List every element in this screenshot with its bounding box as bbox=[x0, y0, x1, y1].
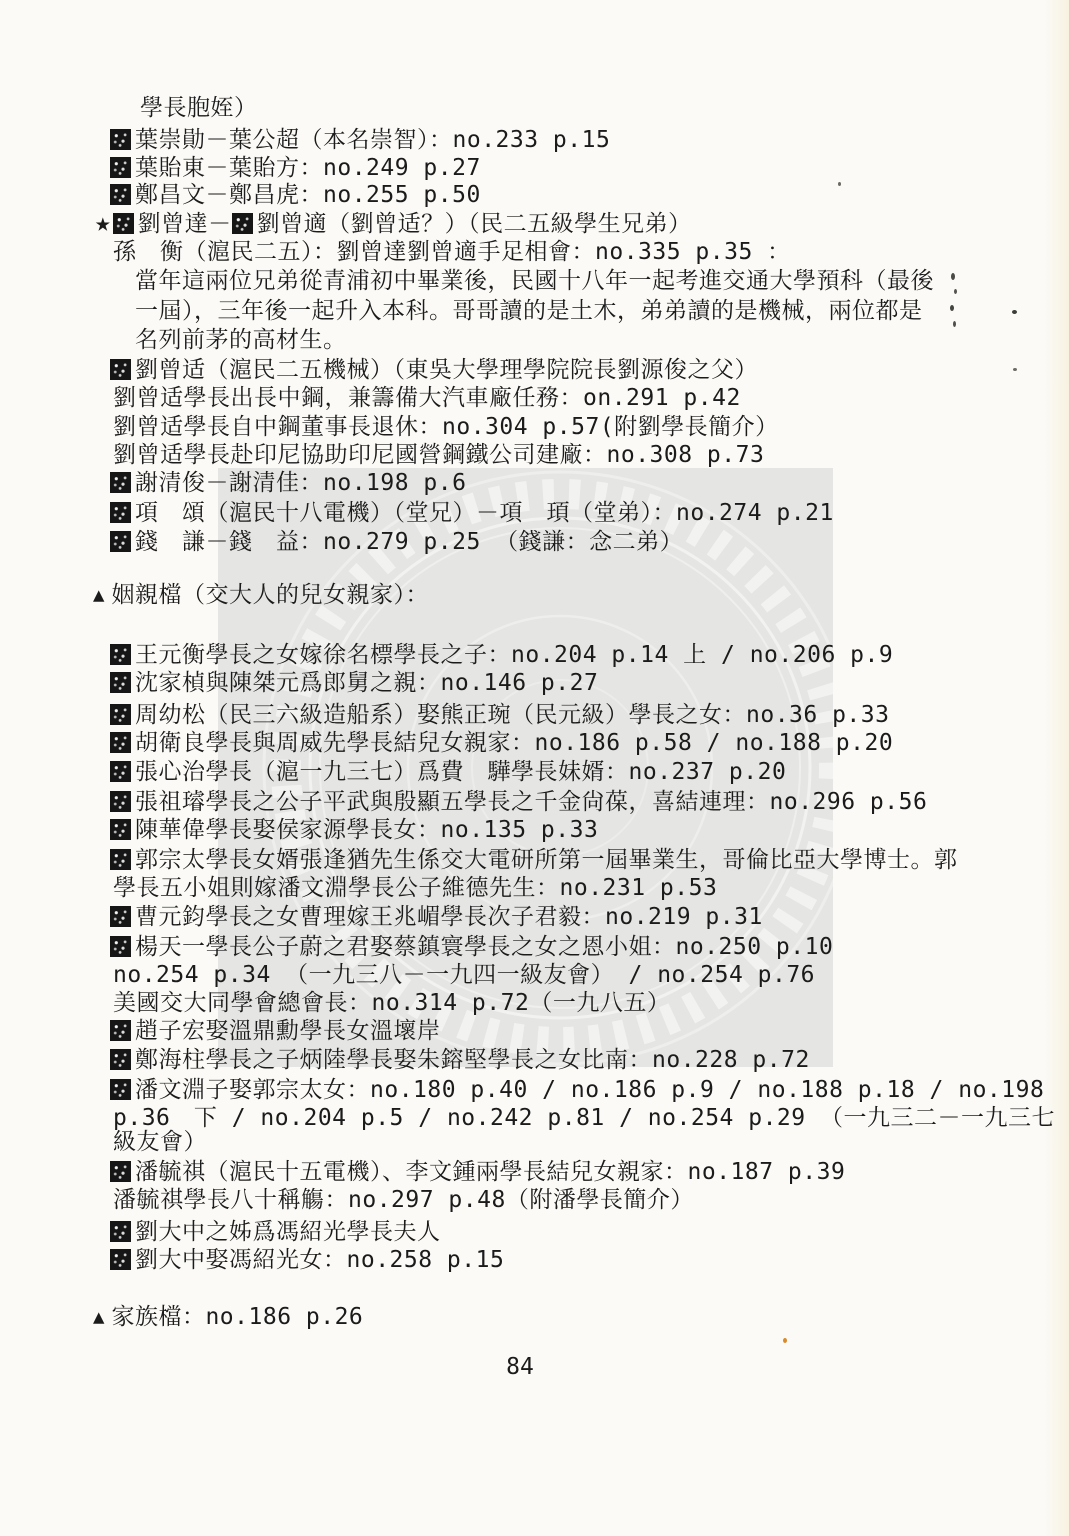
line-text: 項 頌（滬民十八電機）（堂兄）－項 頊（堂弟）：no.274 p.21 bbox=[135, 500, 834, 526]
line-text: 劉曾适（滬民二五機械）（東吳大學理學院院長劉源俊之父） bbox=[135, 357, 758, 383]
line-text: 葉貽東－葉貽方：no.249 p.27 bbox=[135, 155, 481, 181]
triangle-icon: ▲ bbox=[93, 584, 104, 606]
seal-icon bbox=[110, 1049, 131, 1070]
line-text: 鄭昌文－鄭昌虎：no.255 p.50 bbox=[135, 182, 481, 208]
seal-icon bbox=[110, 502, 131, 523]
seal-icon bbox=[110, 672, 131, 693]
line-text: 張祖璿學長之公子平武與殷顯五學長之千金尙葆，喜結連理：no.296 p.56 bbox=[135, 789, 927, 815]
entry-line: 劉曾适學長出長中鋼，兼籌備大汽車廠任務：on.291 p.42 bbox=[113, 384, 741, 413]
line-text: 郭宗太學長女婿張逢猶先生係交大電研所第一屆畢業生，哥倫比亞大學博士。郭 bbox=[135, 847, 958, 873]
line-text: 學長胞姪） bbox=[140, 95, 258, 121]
line-text: 楊天一學長公子蔚之君娶蔡鎮寰學長之女之恩小姐：no.250 p.10 bbox=[135, 934, 833, 960]
line-text: 潘毓祺學長八十稱觴：no.297 p.48（附潘學長簡介） bbox=[113, 1187, 694, 1213]
scan-speck bbox=[951, 273, 955, 280]
entry-line: 鄭海柱學長之子炳陸學長娶朱鎔堅學長之女比南：no.228 p.72 bbox=[110, 1046, 810, 1075]
line-text: 美國交大同學會總會長：no.314 p.72（一九八五） bbox=[113, 990, 670, 1016]
entry-line: 孫 衡（滬民二五）：劉曾達劉曾適手足相會：no.335 p.35 ： bbox=[113, 238, 791, 267]
entry-line: 王元衡學長之女嫁徐名標學長之子：no.204 p.14 上 / no.206 p… bbox=[110, 641, 893, 670]
entry-line: 劉曾适（滬民二五機械）（東吳大學理學院院長劉源俊之父） bbox=[110, 356, 758, 385]
entry-line: 劉曾适學長赴印尼協助印尼國營鋼鐵公司建廠：no.308 p.73 bbox=[113, 441, 764, 470]
document-text-layer: 學長胞姪）葉崇勛－葉公超（本名崇智）：no.233 p.15葉貽東－葉貽方：no… bbox=[0, 0, 1069, 1536]
seal-icon bbox=[110, 704, 131, 725]
line-text: 趙子宏娶溫鼎勳學長女溫壞岸 bbox=[135, 1018, 441, 1044]
line-text: 劉曾适學長自中鋼董事長退休：no.304 p.57(附劉學長簡介） bbox=[113, 414, 779, 440]
entry-line: 劉大中娶馮紹光女：no.258 p.15 bbox=[110, 1246, 504, 1275]
entry-line: 楊天一學長公子蔚之君娶蔡鎮寰學長之女之恩小姐：no.250 p.10 bbox=[110, 933, 833, 962]
entry-line: 劉大中之姊爲馮紹光學長夫人 bbox=[110, 1218, 441, 1247]
line-text: 潘文淵子娶郭宗太女：no.180 p.40 / no.186 p.9 / no.… bbox=[135, 1077, 1044, 1103]
entry-line: 葉崇勛－葉公超（本名崇智）：no.233 p.15 bbox=[110, 126, 610, 155]
entry-line: 項 頌（滬民十八電機）（堂兄）－項 頊（堂弟）：no.274 p.21 bbox=[110, 499, 834, 528]
entry-line: 級友會） bbox=[113, 1128, 207, 1157]
seal-icon bbox=[110, 1249, 131, 1270]
scanned-document-page: 學長胞姪）葉崇勛－葉公超（本名崇智）：no.233 p.15葉貽東－葉貽方：no… bbox=[0, 0, 1069, 1536]
seal-icon bbox=[110, 791, 131, 812]
seal-icon bbox=[110, 732, 131, 753]
entry-line: 當年這兩位兄弟從青浦初中畢業後，民國十八年一起考進交通大學預科（最後 bbox=[135, 267, 934, 296]
seal-icon bbox=[110, 936, 131, 957]
line-text: 葉崇勛－葉公超（本名崇智）：no.233 p.15 bbox=[135, 127, 610, 153]
scan-speck bbox=[1013, 368, 1017, 371]
line-text: 周幼松（民三六級造船系）娶熊正琬（民元級）學長之女：no.36 p.33 bbox=[135, 702, 889, 728]
line-text: 名列前茅的高材生。 bbox=[135, 327, 347, 353]
entry-line: 張祖璿學長之公子平武與殷顯五學長之千金尙葆，喜結連理：no.296 p.56 bbox=[110, 788, 927, 817]
scan-speck-orange bbox=[783, 1338, 787, 1343]
entry-line: 潘毓祺學長八十稱觴：no.297 p.48（附潘學長簡介） bbox=[113, 1186, 694, 1215]
triangle-icon: ▲ bbox=[93, 1306, 104, 1328]
line-text: 鄭海柱學長之子炳陸學長娶朱鎔堅學長之女比南：no.228 p.72 bbox=[135, 1047, 810, 1073]
line-text: 劉曾達－ bbox=[138, 211, 232, 237]
seal-icon bbox=[110, 1161, 131, 1182]
line-text: 孫 衡（滬民二五）：劉曾達劉曾適手足相會：no.335 p.35 ： bbox=[113, 239, 791, 265]
seal-icon bbox=[110, 761, 131, 782]
entry-line: 葉貽東－葉貽方：no.249 p.27 bbox=[110, 154, 481, 183]
line-text: 當年這兩位兄弟從青浦初中畢業後，民國十八年一起考進交通大學預科（最後 bbox=[135, 268, 934, 294]
scan-speck bbox=[838, 182, 841, 186]
seal-icon bbox=[110, 1020, 131, 1041]
scan-speck bbox=[1012, 310, 1017, 314]
entry-line: 謝清俊－謝清佳：no.198 p.6 bbox=[110, 469, 466, 498]
line-text: 一屆），三年後一起升入本科。哥哥讀的是土木，弟弟讀的是機械，兩位都是 bbox=[135, 298, 923, 324]
entry-line: 潘毓祺（滬民十五電機）、李文鍾兩學長結兒女親家：no.187 p.39 bbox=[110, 1158, 845, 1187]
section-heading-line: ▲姻親檔（交大人的兒女親家）： bbox=[93, 581, 429, 610]
section-heading-line: ▲家族檔：no.186 p.26 bbox=[93, 1303, 363, 1332]
seal-icon bbox=[110, 472, 131, 493]
entry-line: 沈家楨與陳桀元爲郎舅之親：no.146 p.27 bbox=[110, 669, 598, 698]
seal-icon bbox=[110, 1221, 131, 1242]
entry-line: p.36 下 / no.204 p.5 / no.242 p.81 / no.2… bbox=[113, 1104, 1055, 1133]
star-icon: ★ bbox=[95, 208, 111, 238]
line-text: 劉大中之姊爲馮紹光學長夫人 bbox=[135, 1219, 441, 1245]
line-text: 姻親檔（交大人的兒女親家）： bbox=[111, 582, 429, 608]
line-text: p.36 下 / no.204 p.5 / no.242 p.81 / no.2… bbox=[113, 1105, 1055, 1131]
line-text: no.254 p.34 （一九三八－一九四一級友會） / no.254 p.76 bbox=[113, 962, 815, 988]
entry-line: 鄭昌文－鄭昌虎：no.255 p.50 bbox=[110, 181, 481, 210]
entry-line: no.254 p.34 （一九三八－一九四一級友會） / no.254 p.76 bbox=[113, 961, 815, 990]
seal-icon bbox=[110, 531, 131, 552]
entry-line: 錢 謙－錢 益：no.279 p.25 （錢謙：念二弟） bbox=[110, 528, 683, 557]
line-text: 陳華偉學長娶侯家源學長女：no.135 p.33 bbox=[135, 817, 598, 843]
seal-icon bbox=[110, 849, 131, 870]
line-text: 沈家楨與陳桀元爲郎舅之親：no.146 p.27 bbox=[135, 670, 598, 696]
line-text: 錢 謙－錢 益：no.279 p.25 （錢謙：念二弟） bbox=[135, 529, 683, 555]
entry-line: 美國交大同學會總會長：no.314 p.72（一九八五） bbox=[113, 989, 670, 1018]
entry-line: 潘文淵子娶郭宗太女：no.180 p.40 / no.186 p.9 / no.… bbox=[110, 1076, 1044, 1105]
seal-icon bbox=[113, 213, 134, 234]
line-text: 學長五小姐則嫁潘文淵學長公子維德先生：no.231 p.53 bbox=[113, 875, 717, 901]
entry-line: 學長五小姐則嫁潘文淵學長公子維德先生：no.231 p.53 bbox=[113, 874, 717, 903]
line-text: 張心治學長（滬一九三七）爲費 驊學長妹婿：no.237 p.20 bbox=[135, 759, 786, 785]
line-text: 潘毓祺（滬民十五電機）、李文鍾兩學長結兒女親家：no.187 p.39 bbox=[135, 1159, 845, 1185]
seal-icon bbox=[110, 184, 131, 205]
scan-speck bbox=[950, 305, 954, 311]
line-text: 家族檔：no.186 p.26 bbox=[111, 1304, 363, 1330]
seal-icon bbox=[110, 644, 131, 665]
seal-icon bbox=[110, 157, 131, 178]
seal-icon bbox=[232, 213, 253, 234]
entry-line: 張心治學長（滬一九三七）爲費 驊學長妹婿：no.237 p.20 bbox=[110, 758, 786, 787]
seal-icon bbox=[110, 819, 131, 840]
seal-icon bbox=[110, 129, 131, 150]
entry-line: 陳華偉學長娶侯家源學長女：no.135 p.33 bbox=[110, 816, 598, 845]
entry-line: 郭宗太學長女婿張逢猶先生係交大電研所第一屆畢業生，哥倫比亞大學博士。郭 bbox=[110, 846, 958, 875]
line-text: 劉大中娶馮紹光女：no.258 p.15 bbox=[135, 1247, 504, 1273]
line-text: 胡衛良學長與周威先學長結兒女親家：no.186 p.58 / no.188 p.… bbox=[135, 730, 893, 756]
entry-line: ★劉曾達－劉曾適（劉曾适？）（民二五級學生兄弟） bbox=[95, 209, 692, 238]
scan-speck bbox=[954, 289, 957, 294]
entry-line: 周幼松（民三六級造船系）娶熊正琬（民元級）學長之女：no.36 p.33 bbox=[110, 701, 889, 730]
line-text: 王元衡學長之女嫁徐名標學長之子：no.204 p.14 上 / no.206 p… bbox=[135, 642, 893, 668]
line-text: 曹元鈞學長之女曹理嫁王兆嵋學長次子君毅：no.219 p.31 bbox=[135, 904, 763, 930]
entry-line: 名列前茅的高材生。 bbox=[135, 326, 347, 355]
line-text: 級友會） bbox=[113, 1129, 207, 1155]
seal-icon bbox=[110, 359, 131, 380]
entry-line: 趙子宏娶溫鼎勳學長女溫壞岸 bbox=[110, 1017, 441, 1046]
line-text: 謝清俊－謝清佳：no.198 p.6 bbox=[135, 470, 466, 496]
line-text: 劉曾适學長出長中鋼，兼籌備大汽車廠任務：on.291 p.42 bbox=[113, 385, 741, 411]
entry-line: 胡衛良學長與周威先學長結兒女親家：no.186 p.58 / no.188 p.… bbox=[110, 729, 893, 758]
entry-line: 學長胞姪） bbox=[140, 94, 258, 123]
line-text: 劉曾適（劉曾适？）（民二五級學生兄弟） bbox=[257, 211, 692, 237]
seal-icon bbox=[110, 906, 131, 927]
scan-speck bbox=[953, 321, 956, 327]
seal-icon bbox=[110, 1079, 131, 1100]
line-text: 劉曾适學長赴印尼協助印尼國營鋼鐵公司建廠：no.308 p.73 bbox=[113, 442, 764, 468]
entry-line: 一屆），三年後一起升入本科。哥哥讀的是土木，弟弟讀的是機械，兩位都是 bbox=[135, 297, 923, 326]
entry-line: 曹元鈞學長之女曹理嫁王兆嵋學長次子君毅：no.219 p.31 bbox=[110, 903, 763, 932]
entry-line: 劉曾适學長自中鋼董事長退休：no.304 p.57(附劉學長簡介） bbox=[113, 413, 779, 442]
